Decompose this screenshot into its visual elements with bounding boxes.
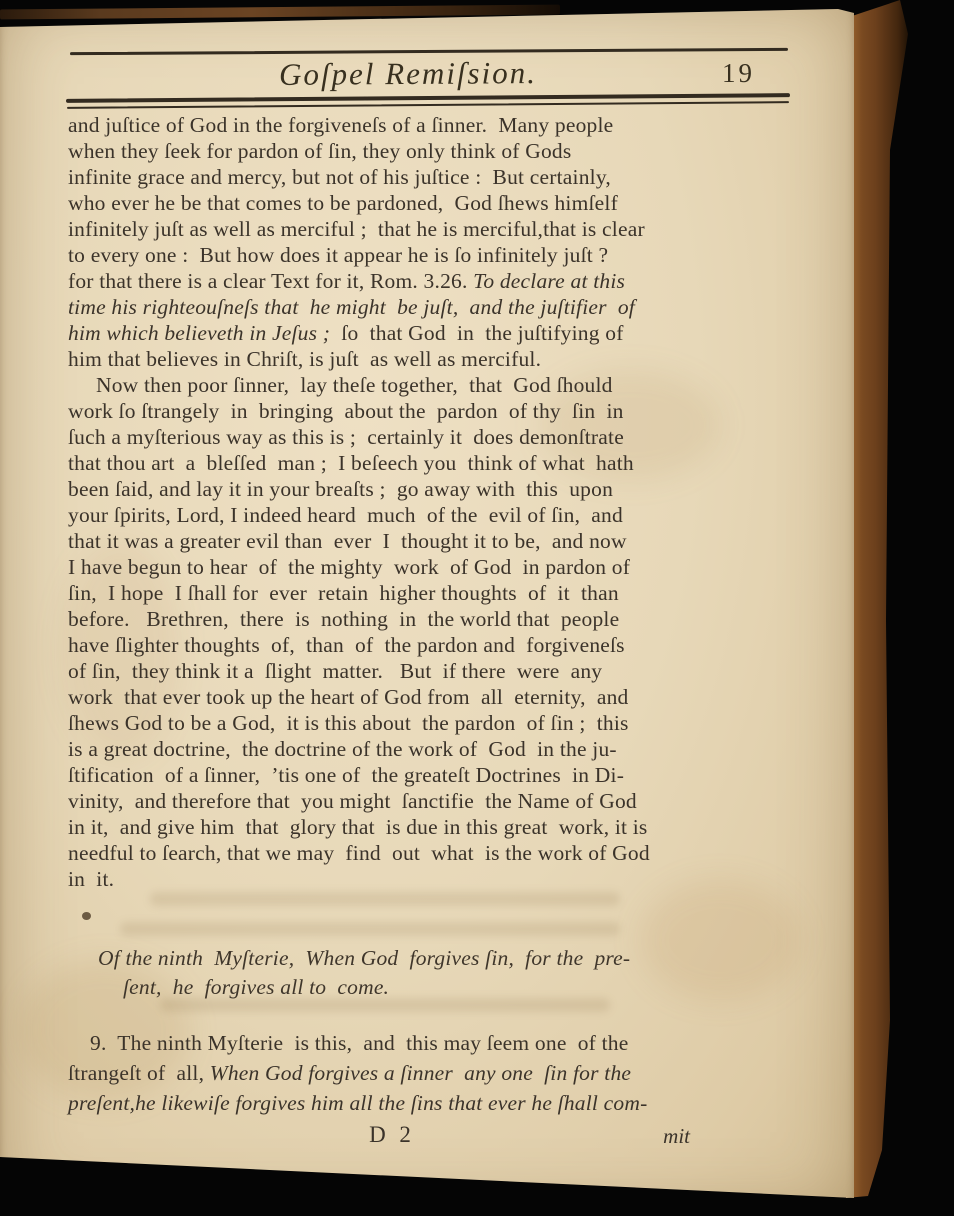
text-line: time his righteouſneſs that he might be …	[68, 294, 728, 320]
text-line: 9. The ninth Myſterie is this, and this …	[68, 1028, 728, 1058]
header-rule-top	[70, 48, 788, 55]
text-line: been ſaid, and lay it in your breaſts ; …	[68, 476, 728, 502]
text-segment: and juſtice of God in the forgiveneſs of…	[68, 113, 613, 137]
text-line: needful to ſearch, that we may find out …	[68, 840, 728, 866]
italic-text-segment: him which believeth in Jeſus ;	[68, 321, 336, 345]
text-segment: ſin, I hope I ſhall for ever retain high…	[68, 581, 619, 605]
text-segment: that thou art a bleſſed man ; I beſeech …	[68, 451, 634, 475]
text-segment: in it.	[68, 867, 114, 891]
text-line: is a great doctrine, the doctrine of the…	[68, 736, 728, 762]
footer-row: D 2 mit	[68, 1122, 716, 1152]
text-line: infinite grace and mercy, but not of his…	[68, 164, 728, 190]
book-page: Goſpel Remiſsion. 19 and juſtice of God …	[0, 0, 854, 1216]
text-segment: ſtrangeſt of all,	[68, 1061, 210, 1085]
text-line: who ever he be that comes to be pardoned…	[68, 190, 728, 216]
text-segment: been ſaid, and lay it in your breaſts ; …	[68, 477, 613, 501]
text-segment: Now then poor ſinner, lay theſe together…	[96, 373, 613, 397]
text-segment: have ſlighter thoughts of, than of the p…	[68, 633, 625, 657]
text-line: ſtification of a ſinner, ’tis one of the…	[68, 762, 728, 788]
paragraph-ninth-mysterie: 9. The ninth Myſterie is this, and this …	[68, 1028, 728, 1118]
text-line: when they ſeek for pardon of ſin, they o…	[68, 138, 728, 164]
section-heading-ninth-mysterie: Of the ninth Myſterie, When God forgives…	[68, 944, 728, 1002]
text-segment: ſuch a myſterious way as this is ; certa…	[68, 425, 624, 449]
italic-text-segment: time his righteouſneſs that he might be …	[68, 295, 635, 319]
text-line: work ſo ſtrangely in bringing about the …	[68, 398, 728, 424]
text-segment: who ever he be that comes to be pardoned…	[68, 191, 618, 215]
text-segment: of ſin, they think it a ſlight matter. B…	[68, 659, 602, 683]
text-line: ſhews God to be a God, it is this about …	[68, 710, 728, 736]
text-segment: for that there is a clear Text for it, R…	[68, 269, 473, 293]
italic-text-segment: ſent, he forgives all to come.	[123, 975, 389, 999]
text-segment: him that believes in Chriſt, is juſt as …	[68, 347, 541, 371]
text-line: in it, and give him that glory that is d…	[68, 814, 728, 840]
text-segment: work ſo ſtrangely in bringing about the …	[68, 399, 624, 423]
text-segment: vinity, and therefore that you might ſan…	[68, 789, 637, 813]
header-rule-bottom-thin	[67, 101, 789, 109]
italic-text-segment: To declare at this	[473, 269, 625, 293]
paragraph-continuation: and juſtice of God in the forgiveneſs of…	[68, 112, 728, 372]
text-line: before. Brethren, there is nothing in th…	[68, 606, 728, 632]
text-segment: that it was a greater evil than ever I t…	[68, 529, 627, 553]
text-line: work that ever took up the heart of God …	[68, 684, 728, 710]
italic-text-segment: Of the ninth Myſterie, When God forgives…	[98, 946, 630, 970]
running-title: Goſpel Remiſsion.	[248, 55, 568, 93]
book-edge-right	[846, 0, 910, 1202]
scan-background: Goſpel Remiſsion. 19 and juſtice of God …	[0, 0, 954, 1216]
body-text: and juſtice of God in the forgiveneſs of…	[68, 112, 728, 1118]
paragraph-now-then: Now then poor ſinner, lay theſe together…	[68, 372, 728, 892]
text-segment: before. Brethren, there is nothing in th…	[68, 607, 619, 631]
text-line: I have begun to hear of the mighty work …	[68, 554, 728, 580]
text-line: Now then poor ſinner, lay theſe together…	[68, 372, 728, 398]
text-line: your ſpirits, Lord, I indeed heard much …	[68, 502, 728, 528]
text-line: ſtrangeſt of all, When God forgives a ſi…	[68, 1058, 728, 1088]
text-line: ſent, he forgives all to come.	[68, 973, 728, 1002]
text-segment: to every one : But how does it appear he…	[68, 243, 608, 267]
text-line: that thou art a bleſſed man ; I beſeech …	[68, 450, 728, 476]
page-number: 19	[722, 58, 755, 89]
text-line: preſent,he likewiſe forgives him all the…	[68, 1088, 728, 1118]
text-line: him that believes in Chriſt, is juſt as …	[68, 346, 728, 372]
text-segment: ſtification of a ſinner, ’tis one of the…	[68, 763, 624, 787]
text-segment: your ſpirits, Lord, I indeed heard much …	[68, 503, 623, 527]
text-segment: ſhews God to be a God, it is this about …	[68, 711, 629, 735]
text-line: him which believeth in Jeſus ; ſo that G…	[68, 320, 728, 346]
text-line: infinitely juſt as well as merciful ; th…	[68, 216, 728, 242]
text-segment: in it, and give him that glory that is d…	[68, 815, 648, 839]
ink-blot	[82, 912, 91, 920]
text-segment: work that ever took up the heart of God …	[68, 685, 628, 709]
text-line: and juſtice of God in the forgiveneſs of…	[68, 112, 728, 138]
text-segment: when they ſeek for pardon of ſin, they o…	[68, 139, 571, 163]
text-line: Of the ninth Myſterie, When God forgives…	[68, 944, 728, 973]
text-line: have ſlighter thoughts of, than of the p…	[68, 632, 728, 658]
text-line: ſin, I hope I ſhall for ever retain high…	[68, 580, 728, 606]
catchword: mit	[663, 1124, 690, 1149]
text-segment: is a great doctrine, the doctrine of the…	[68, 737, 617, 761]
text-segment: infinite grace and mercy, but not of his…	[68, 165, 611, 189]
text-segment: 9. The ninth Myſterie is this, and this …	[90, 1031, 628, 1055]
text-line: vinity, and therefore that you might ſan…	[68, 788, 728, 814]
text-line: of ſin, they think it a ſlight matter. B…	[68, 658, 728, 684]
text-line: that it was a greater evil than ever I t…	[68, 528, 728, 554]
text-segment: needful to ſearch, that we may find out …	[68, 841, 650, 865]
text-segment: ſo that God in the juſtifying of	[336, 321, 624, 345]
text-line: ſuch a myſterious way as this is ; certa…	[68, 424, 728, 450]
text-line: in it.	[68, 866, 728, 892]
text-segment: infinitely juſt as well as merciful ; th…	[68, 217, 645, 241]
text-segment: I have begun to hear of the mighty work …	[68, 555, 630, 579]
italic-text-segment: When God forgives a ſinner any one ſin f…	[210, 1061, 631, 1085]
signature-mark: D 2	[68, 1122, 716, 1148]
italic-text-segment: preſent,he likewiſe forgives him all the…	[68, 1091, 647, 1115]
text-line: to every one : But how does it appear he…	[68, 242, 728, 268]
text-line: for that there is a clear Text for it, R…	[68, 268, 728, 294]
